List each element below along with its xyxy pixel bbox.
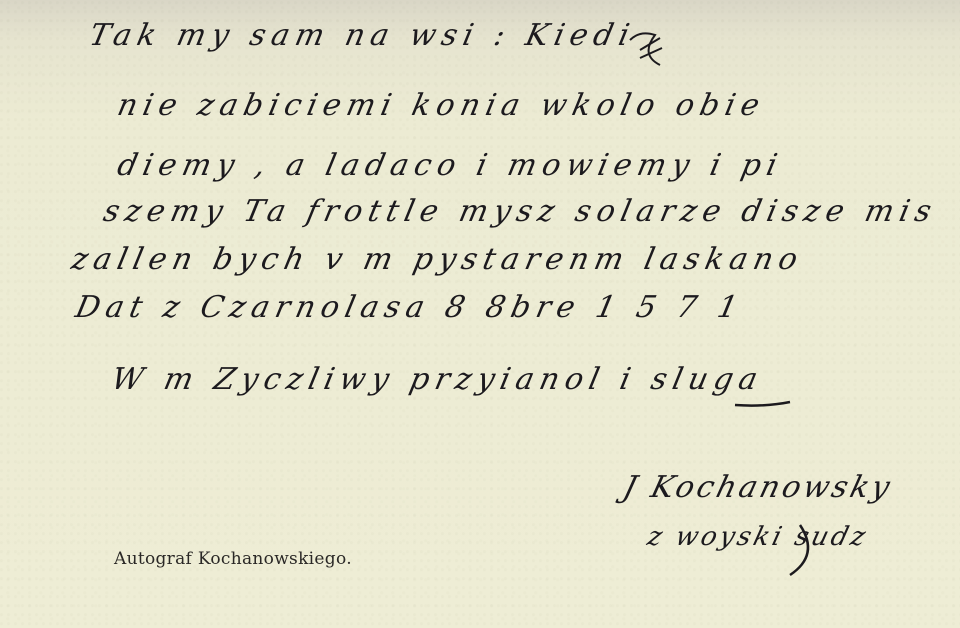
ink-flourish-decorations <box>0 0 960 628</box>
caption: Autograf Kochanowskiego. <box>114 549 352 569</box>
manuscript-page: Tak my sam na wsi : Kiedi nie zabiciemi … <box>0 0 960 628</box>
